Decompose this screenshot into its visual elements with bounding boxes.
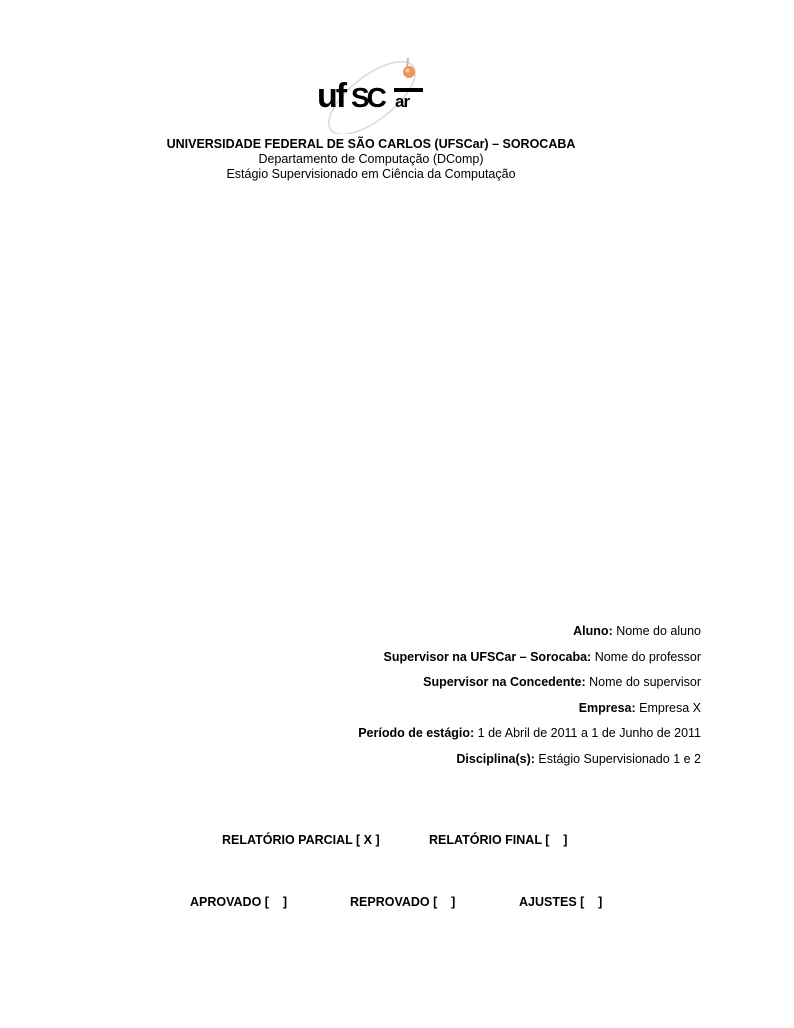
svg-text:ar: ar — [395, 92, 410, 111]
adjustments-checkbox: AJUSTES [ ] — [519, 895, 602, 909]
document-header: UNIVERSIDADE FEDERAL DE SÃO CARLOS (UFSC… — [150, 137, 592, 182]
ufscar-logo-icon: uf SC ar — [312, 52, 432, 134]
university-title: UNIVERSIDADE FEDERAL DE SÃO CARLOS (UFSC… — [150, 137, 592, 152]
final-report-checkbox: RELATÓRIO FINAL [ ] — [429, 833, 567, 847]
student-label: Aluno: — [573, 624, 613, 638]
info-row-period: Período de estágio: 1 de Abril de 2011 a… — [358, 724, 701, 750]
period-label: Período de estágio: — [358, 726, 474, 740]
disciplines-label: Disciplina(s): — [456, 752, 535, 766]
disciplines-value: Estágio Supervisionado 1 e 2 — [535, 752, 701, 766]
svg-text:uf: uf — [317, 77, 348, 115]
rejected-checkbox: REPROVADO [ ] — [350, 895, 455, 909]
company-supervisor-label: Supervisor na Concedente: — [423, 675, 586, 689]
company-value: Empresa X — [636, 701, 701, 715]
info-row-company-supervisor: Supervisor na Concedente: Nome do superv… — [358, 673, 701, 699]
period-value: 1 de Abril de 2011 a 1 de Junho de 2011 — [474, 726, 701, 740]
ufscar-logo: uf SC ar — [312, 52, 432, 134]
internship-info: Aluno: Nome do aluno Supervisor na UFSCa… — [358, 622, 701, 776]
svg-text:SC: SC — [351, 82, 387, 113]
info-row-company: Empresa: Empresa X — [358, 699, 701, 725]
company-supervisor-value: Nome do supervisor — [586, 675, 701, 689]
approved-checkbox: APROVADO [ ] — [190, 895, 287, 909]
student-value: Nome do aluno — [613, 624, 701, 638]
partial-report-checkbox: RELATÓRIO PARCIAL [ X ] — [222, 833, 380, 847]
info-row-university-supervisor: Supervisor na UFSCar – Sorocaba: Nome do… — [358, 648, 701, 674]
university-supervisor-label: Supervisor na UFSCar – Sorocaba: — [384, 650, 592, 664]
course-name: Estágio Supervisionado em Ciência da Com… — [150, 167, 592, 182]
department-name: Departamento de Computação (DComp) — [150, 152, 592, 167]
info-row-disciplines: Disciplina(s): Estágio Supervisionado 1 … — [358, 750, 701, 776]
university-supervisor-value: Nome do professor — [591, 650, 701, 664]
company-label: Empresa: — [579, 701, 636, 715]
info-row-student: Aluno: Nome do aluno — [358, 622, 701, 648]
